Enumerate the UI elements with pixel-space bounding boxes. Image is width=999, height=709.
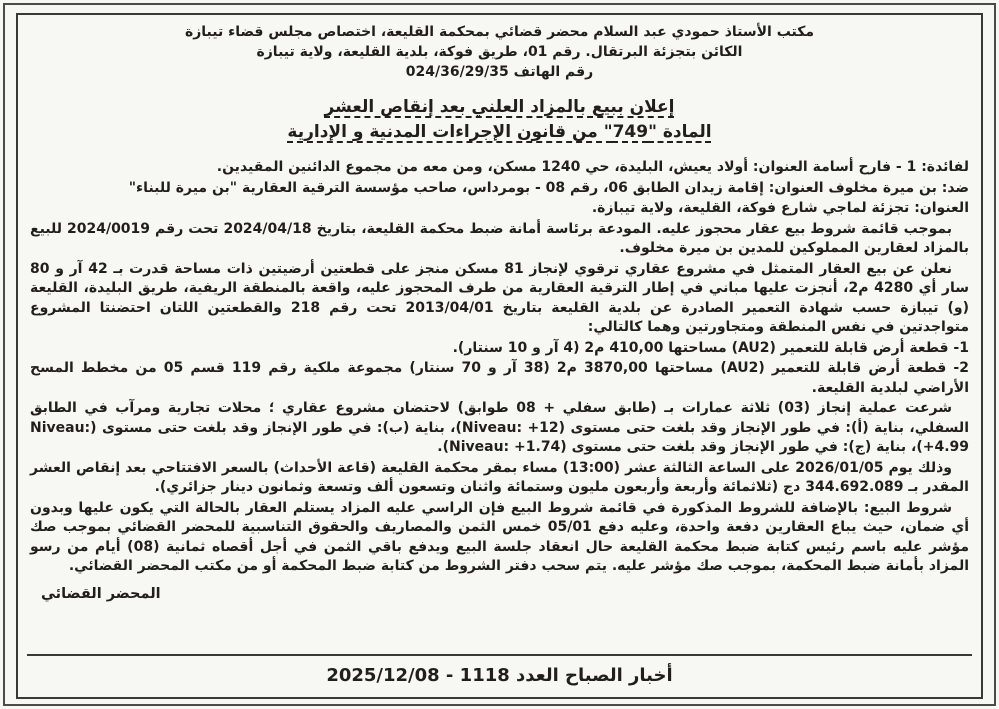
notice-title-line: إعلان ببيع بالمزاد العلني بعد إنقاص العش… bbox=[27, 95, 972, 120]
paragraph-announcement: نعلن عن بيع العقار المتمثل في مشروع عقار… bbox=[30, 260, 969, 338]
paragraph-beneficiary: لفائدة: 1 - فارح أسامة العنوان: أولاد يع… bbox=[30, 158, 969, 178]
paragraph-deposit: بموجب قائمة شروط بيع عقار محجوز عليه. ال… bbox=[30, 220, 969, 259]
scanned-legal-notice-page: مكتب الأستاذ حمودي عبد السلام محضر قضائي… bbox=[0, 0, 999, 709]
paragraph-lot-2: 2- قطعة أرض قابلة للتعمير (AU2) مساحتها … bbox=[30, 359, 969, 398]
notice-body: لفائدة: 1 - فارح أسامة العنوان: أولاد يع… bbox=[27, 158, 972, 578]
office-name-line: مكتب الأستاذ حمودي عبد السلام محضر قضائي… bbox=[27, 22, 972, 42]
notice-main-frame: مكتب الأستاذ حمودي عبد السلام محضر قضائي… bbox=[16, 13, 983, 699]
newspaper-credit: أخبار الصباح العدد 1118 - 2025/12/08 bbox=[27, 654, 972, 697]
notice-article-line: المادة "749" من قانون الإجراءات المدنية … bbox=[27, 120, 972, 145]
office-address-line: الكائن بتجزئة البرتقال. رقم 01، طريق فوك… bbox=[27, 42, 972, 62]
paragraph-construction-status: شرعت عملية إنجاز (03) ثلاثة عمارات بـ (ط… bbox=[30, 399, 969, 458]
office-phone-line: رقم الهاتف 024/36/29/35 bbox=[27, 62, 972, 82]
paragraph-against: ضد: بن ميرة مخلوف العنوان: إقامة زيدان ا… bbox=[30, 179, 969, 199]
paragraph-auction-date-price: وذلك يوم 2026/01/05 على الساعة الثالثة ع… bbox=[30, 459, 969, 498]
paragraph-sale-conditions: شروط البيع: بالإضافة للشروط المذكورة في … bbox=[30, 499, 969, 577]
bailiff-signature-label: المحضر القضائي bbox=[27, 578, 972, 602]
bailiff-office-header: مكتب الأستاذ حمودي عبد السلام محضر قضائي… bbox=[27, 15, 972, 82]
paragraph-address: العنوان: تجزئة لماجي شارع فوكة، القليعة،… bbox=[30, 199, 969, 219]
paragraph-lot-1: 1- قطعة أرض قابلة للتعمير (AU2) مساحتها … bbox=[30, 339, 969, 359]
notice-title-block: إعلان ببيع بالمزاد العلني بعد إنقاص العش… bbox=[27, 95, 972, 145]
